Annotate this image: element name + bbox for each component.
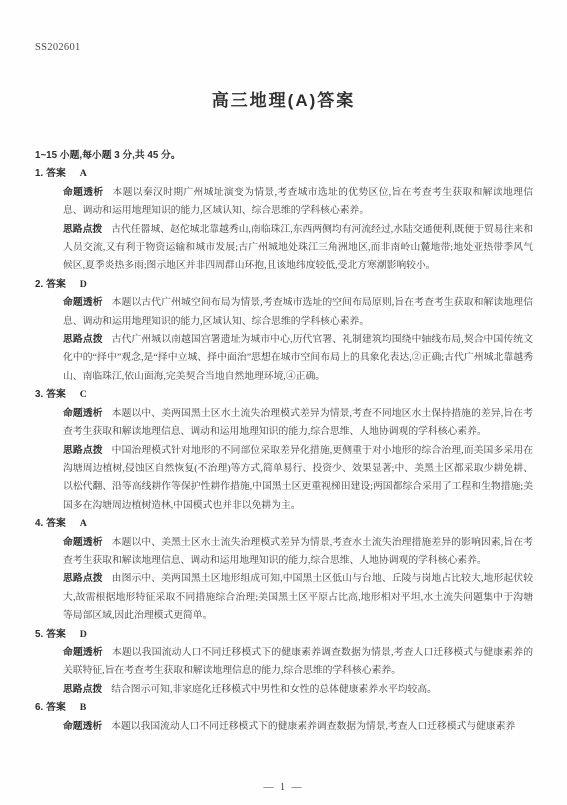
analysis-text: 本题以秦汉时期广州城址演变为情景,考查城市选址的优势区位,旨在考查考生获取和解读… bbox=[63, 187, 533, 216]
analysis-text: 本题以中、美黑土区水土流失治理模式差异为情景,考查水土流失治理措施差异的影响因素… bbox=[63, 537, 533, 566]
answer-letter: A bbox=[80, 518, 87, 529]
question-block-3: 3.答案C 命题透析本题以中、美两国黑土区水土流失治理模式差异为情景,考查不同地… bbox=[35, 386, 533, 515]
hints-label: 思路点拨 bbox=[63, 445, 103, 456]
analysis-paragraph: 命题透析本题以我国流动人口不同迁移模式下的健康素养调查数据为情景,考查人口迁移模… bbox=[63, 644, 533, 681]
question-block-1: 1.答案A 命题透析本题以秦汉时期广州城址演变为情景,考查城市选址的优势区位,旨… bbox=[35, 165, 533, 275]
answer-letter: C bbox=[80, 389, 87, 400]
answer-letter: D bbox=[80, 279, 87, 290]
answer-line: 4.答案A bbox=[35, 515, 533, 533]
analysis-text: 本题以古代广州城空间布局为情景,考查城市选址的空间布局原则,旨在考查考生获取和解… bbox=[63, 297, 533, 326]
hints-label: 思路点拨 bbox=[63, 684, 102, 695]
hints-label: 思路点拨 bbox=[63, 334, 103, 345]
analysis-paragraph: 命题透析本题以秦汉时期广州城址演变为情景,考查城市选址的优势区位,旨在考查考生获… bbox=[63, 184, 533, 221]
question-number: 3. bbox=[35, 389, 43, 400]
answer-label: 答案 bbox=[46, 629, 66, 640]
answer-label: 答案 bbox=[46, 279, 66, 290]
hints-text: 结合图示可知,非家庭化迁移模式中男性和女性的总体健康素养水平均较高。 bbox=[111, 684, 437, 695]
hints-label: 思路点拨 bbox=[63, 224, 102, 235]
analysis-paragraph: 命题透析本题以古代广州城空间布局为情景,考查城市选址的空间布局原则,旨在考查考生… bbox=[63, 294, 533, 331]
analysis-label: 命题透析 bbox=[63, 721, 102, 732]
analysis-label: 命题透析 bbox=[63, 187, 104, 198]
doc-code: SS202601 bbox=[35, 42, 81, 53]
question-block-6: 6.答案B 命题透析本题以我国流动人口不同迁移模式下的健康素养调查数据为情景,考… bbox=[35, 699, 533, 736]
hints-paragraph: 思路点拨古代广州城以南越国宫署遗址为城市中心,历代官署、礼制建筑均围绕中轴线布局… bbox=[63, 331, 533, 386]
analysis-paragraph: 命题透析本题以我国流动人口不同迁移模式下的健康素养调查数据为情景,考查人口迁移模… bbox=[63, 718, 533, 736]
answer-label: 答案 bbox=[46, 518, 66, 529]
hints-paragraph: 思路点拨中国治理模式针对地形的不同部位采取差异化措施,更侧重于对小地形的综合治理… bbox=[63, 442, 533, 516]
answer-label: 答案 bbox=[46, 389, 66, 400]
hints-paragraph: 思路点拨古代任嚣城、赵佗城北靠越秀山,南临珠江,东西两侧均有河流经过,水陆交通便… bbox=[63, 221, 533, 276]
hints-text: 古代广州城以南越国宫署遗址为城市中心,历代官署、礼制建筑均围绕中轴线布局,契合中… bbox=[63, 334, 533, 382]
answer-letter: A bbox=[80, 168, 87, 179]
analysis-text: 本题以我国流动人口不同迁移模式下的健康素养调查数据为情景,考查人口迁移模式与健康… bbox=[111, 721, 515, 732]
hints-text: 中国治理模式针对地形的不同部位采取差异化措施,更侧重于对小地形的综合治理,而美国… bbox=[63, 445, 533, 511]
answer-letter: D bbox=[80, 629, 87, 640]
question-block-2: 2.答案D 命题透析本题以古代广州城空间布局为情景,考查城市选址的空间布局原则,… bbox=[35, 276, 533, 386]
analysis-label: 命题透析 bbox=[63, 647, 103, 658]
answer-line: 3.答案C bbox=[35, 386, 533, 404]
answer-label: 答案 bbox=[46, 702, 66, 713]
hints-paragraph: 思路点拨结合图示可知,非家庭化迁移模式中男性和女性的总体健康素养水平均较高。 bbox=[63, 681, 533, 699]
page-title: 高三地理(A)答案 bbox=[0, 86, 567, 111]
answer-line: 1.答案A bbox=[35, 165, 533, 183]
question-block-5: 5.答案D 命题透析本题以我国流动人口不同迁移模式下的健康素养调查数据为情景,考… bbox=[35, 626, 533, 700]
question-number: 2. bbox=[35, 279, 43, 290]
analysis-label: 命题透析 bbox=[63, 297, 103, 308]
answers-content: 1~15 小题,每小题 3 分,共 45 分。 1.答案A 命题透析本题以秦汉时… bbox=[35, 147, 533, 736]
analysis-paragraph: 命题透析本题以中、美黑土区水土流失治理模式差异为情景,考查水土流失治理措施差异的… bbox=[63, 534, 533, 571]
analysis-text: 本题以中、美两国黑土区水土流失治理模式差异为情景,考查不同地区水土保持措施的差异… bbox=[63, 408, 533, 437]
hints-text: 由图示中、美两国黑土区地形组成可知,中国黑土区低山与台地、丘陵与岗地占比较大,地… bbox=[63, 573, 533, 621]
answer-letter: B bbox=[80, 702, 87, 713]
question-number: 4. bbox=[35, 518, 43, 529]
hints-label: 思路点拨 bbox=[63, 573, 103, 584]
question-number: 1. bbox=[35, 168, 43, 179]
answer-label: 答案 bbox=[46, 168, 66, 179]
analysis-paragraph: 命题透析本题以中、美两国黑土区水土流失治理模式差异为情景,考查不同地区水土保持措… bbox=[63, 405, 533, 442]
answer-line: 5.答案D bbox=[35, 626, 533, 644]
question-number: 5. bbox=[35, 629, 43, 640]
hints-paragraph: 思路点拨由图示中、美两国黑土区地形组成可知,中国黑土区低山与台地、丘陵与岗地占比… bbox=[63, 570, 533, 625]
question-number: 6. bbox=[35, 702, 43, 713]
question-block-4: 4.答案A 命题透析本题以中、美黑土区水土流失治理模式差异为情景,考查水土流失治… bbox=[35, 515, 533, 625]
analysis-label: 命题透析 bbox=[63, 537, 103, 548]
answer-line: 6.答案B bbox=[35, 699, 533, 717]
analysis-text: 本题以我国流动人口不同迁移模式下的健康素养调查数据为情景,考查人口迁移模式与健康… bbox=[63, 647, 533, 676]
hints-text: 古代任嚣城、赵佗城北靠越秀山,南临珠江,东西两侧均有河流经过,水陆交通便利,既便… bbox=[63, 224, 533, 272]
answer-line: 2.答案D bbox=[35, 276, 533, 294]
document-page: SS202601 高三地理(A)答案 1~15 小题,每小题 3 分,共 45 … bbox=[0, 0, 567, 805]
section-note: 1~15 小题,每小题 3 分,共 45 分。 bbox=[35, 147, 533, 165]
page-number: — 1 — bbox=[0, 782, 567, 793]
analysis-label: 命题透析 bbox=[63, 408, 103, 419]
